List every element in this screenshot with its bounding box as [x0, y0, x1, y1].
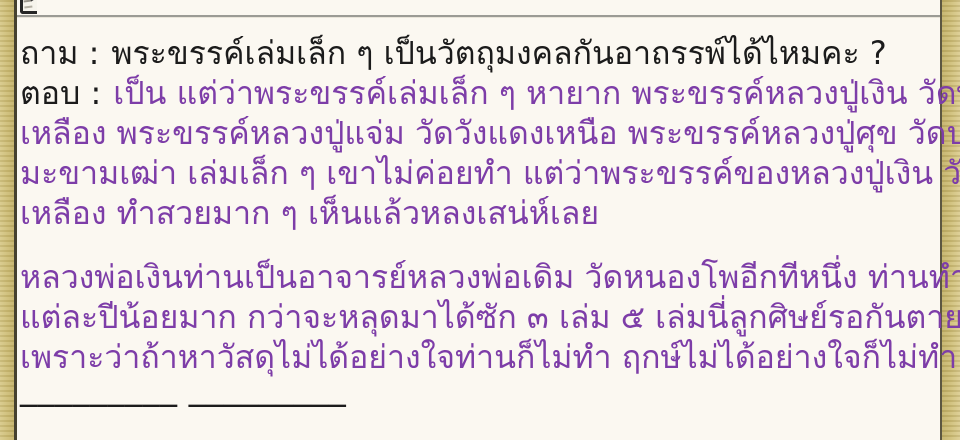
memo-note-icon	[20, 0, 37, 14]
answer-label: ตอบ :	[20, 74, 101, 112]
left-paper-edge-border	[14, 0, 17, 440]
answer-line-3: มะขามเฒ่า เล่มเล็ก ๆ เขาไม่ค่อยทำ แต่ว่า…	[20, 153, 938, 193]
answer-text-1: เป็น แต่ว่าพระขรรค์เล่มเล็ก ๆ หายาก พระข…	[113, 74, 960, 112]
answer-paragraph2-line-2: แต่ละปีน้อยมาก กว่าจะหลุดมาได้ซัก ๓ เล่ม…	[20, 297, 938, 337]
answer-line-1: ตอบ :เป็น แต่ว่าพระขรรค์เล่มเล็ก ๆ หายาก…	[20, 73, 938, 113]
question-line: ถาม :พระขรรค์เล่มเล็ก ๆ เป็นวัตถุมงคลกัน…	[20, 33, 938, 73]
signature-underscore-line: _________ _________	[20, 366, 346, 410]
top-divider-line	[17, 15, 940, 17]
question-text: พระขรรค์เล่มเล็ก ๆ เป็นวัตถุมงคลกันอาถรร…	[111, 34, 886, 72]
left-paper-edge	[0, 0, 14, 440]
answer-line-2: เหลือง พระขรรค์หลวงปู่แจ่ม วัดวังแดงเหนื…	[20, 113, 938, 153]
post-image: ถาม :พระขรรค์เล่มเล็ก ๆ เป็นวัตถุมงคลกัน…	[0, 0, 960, 440]
answer-paragraph2-line-1: หลวงพ่อเงินท่านเป็นอาจารย์หลวงพ่อเดิม วั…	[20, 257, 938, 297]
question-label: ถาม :	[20, 34, 99, 72]
answer-line-4: เหลือง ทำสวยมาก ๆ เห็นแล้วหลงเสน่ห์เลย	[20, 193, 938, 233]
